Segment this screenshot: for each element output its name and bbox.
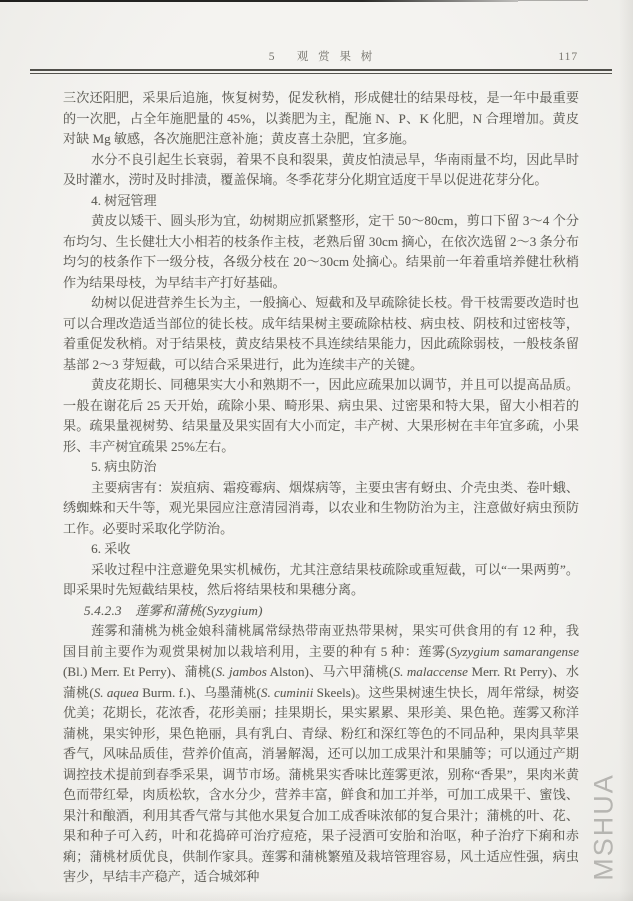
paragraph: 采收过程中注意避免果实机械伤，尤其注意结果枝疏除或重短截，可以“一果两剪”。即采… [63, 560, 579, 601]
section-heading: 5.4.2.3 莲雾和蒲桃(Syzygium) [63, 601, 579, 622]
scanned-book-page: 5 观赏果树 117 三次还阳肥，采果后追施，恢复树势，促发秋梢，形成健壮的结果… [0, 0, 633, 901]
scan-edge-artifact-tail [518, 0, 588, 1]
text-run: 主要病害有：炭疽病、霜疫霉病、烟煤病等，主要虫害有蚜虫、介壳虫类、卷叶蛾、绣蜘蛛… [63, 480, 579, 536]
text-run: 6. 采收 [91, 541, 130, 556]
paragraph: 三次还阳肥，采果后追施，恢复树势，促发秋梢，形成健壮的结果母枝，是一年中最重要的… [63, 88, 579, 150]
text-run: 黄皮以矮干、圆头形为宜，幼树期应抓紧整形，定干 50～80cm，剪口下留 3～4… [63, 213, 579, 290]
paragraph: 幼树以促进营养生长为主，一般摘心、短截和及早疏除徒长枝。骨干枝需要改造时也可以合… [63, 293, 579, 375]
running-header: 5 观赏果树 117 [63, 50, 578, 65]
text-run: 4. 树冠管理 [91, 193, 156, 208]
page-edge-shadow-bottom [0, 891, 633, 901]
text-run: 5. 病虫防治 [91, 459, 156, 474]
text-run: 黄皮花期长、同穗果实大小和熟期不一，因此应疏果加以调节，并且可以提高品质。一般在… [63, 377, 579, 454]
text-run: (Bl.) Merr. Et Perry)、蒲桃( [63, 664, 216, 679]
paragraph: 莲雾和蒲桃为桃金娘科蒲桃属常绿热带南亚热带果树，果实可供食用的有 12 种，我国… [63, 621, 579, 888]
latin-species-name: S. jambos [216, 664, 267, 679]
text-run: 水分不良引起生长衰弱，着果不良和裂果，黄皮怕渍忌旱，华南雨量不均，因此旱时及时灌… [63, 152, 579, 188]
numbered-heading: 4. 树冠管理 [63, 191, 579, 212]
text-run: Alston)、马六甲蒲桃( [267, 664, 394, 679]
watermark-text: MSHUA [589, 773, 620, 881]
latin-species-name: Syzygium samarangense [450, 644, 579, 659]
text-run: 5.4.2.3 莲雾和蒲桃( [84, 603, 207, 618]
latin-species-name: S. cuminii [261, 685, 313, 700]
running-header-title: 5 观赏果树 [63, 50, 578, 65]
text-run: ) [258, 603, 263, 618]
page-edge-shadow-right [619, 0, 633, 901]
numbered-heading: 6. 采收 [63, 539, 579, 560]
latin-species-name: S. malaccense [394, 664, 468, 679]
paragraph: 主要病害有：炭疽病、霜疫霉病、烟煤病等，主要虫害有蚜虫、介壳虫类、卷叶蛾、绣蜘蛛… [63, 478, 579, 540]
page-body: 三次还阳肥，采果后追施，恢复树势，促发秋梢，形成健壮的结果母枝，是一年中最重要的… [63, 88, 579, 888]
paragraph: 黄皮以矮干、圆头形为宜，幼树期应抓紧整形，定干 50～80cm，剪口下留 3～4… [63, 211, 579, 293]
header-rule-thick [30, 69, 612, 71]
text-run: 三次还阳肥，采果后追施，恢复树势，促发秋梢，形成健壮的结果母枝，是一年中最重要的… [63, 90, 579, 146]
page-number: 117 [558, 50, 578, 65]
latin-species-name: Syzygium [207, 603, 259, 618]
text-run: Skeels)。这些果树速生快长，周年常绿，树姿优美；花期长，花浓香，花形美丽；… [63, 685, 579, 885]
paragraph: 水分不良引起生长衰弱，着果不良和裂果，黄皮怕渍忌旱，华南雨量不均，因此旱时及时灌… [63, 150, 579, 191]
text-run: 幼树以促进营养生长为主，一般摘心、短截和及早疏除徒长枝。骨干枝需要改造时也可以合… [63, 295, 579, 372]
paragraph: 黄皮花期长、同穗果实大小和熟期不一，因此应疏果加以调节，并且可以提高品质。一般在… [63, 375, 579, 457]
numbered-heading: 5. 病虫防治 [63, 457, 579, 478]
latin-species-name: S. aquea [94, 685, 139, 700]
scan-edge-artifact [0, 0, 518, 2]
header-rule-thin [30, 73, 612, 74]
text-run: Burm. f.)、乌墨蒲桃( [139, 685, 261, 700]
text-run: 采收过程中注意避免果实机械伤，尤其注意结果枝疏除或重短截，可以“一果两剪”。即采… [63, 562, 579, 598]
